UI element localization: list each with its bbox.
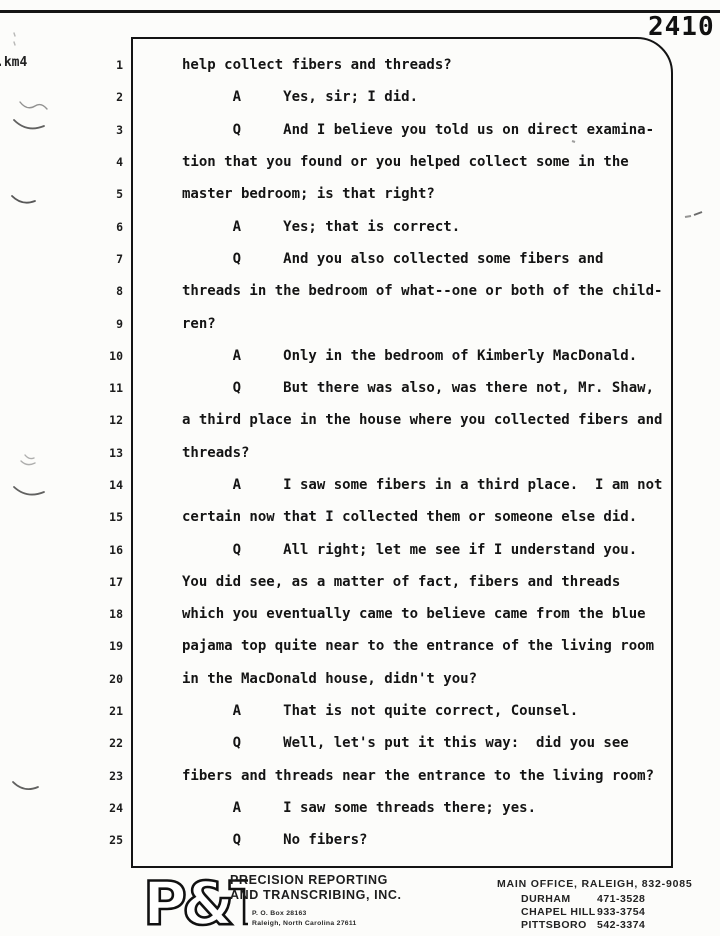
line-text: Q All right; let me see if I understand … bbox=[182, 542, 637, 558]
page-number: 2410 bbox=[648, 13, 715, 41]
transcript-line: 17You did see, as a matter of fact, fibe… bbox=[0, 566, 720, 598]
line-number: 11 bbox=[0, 381, 123, 395]
branch-office-list: DURHAM 471-3528 CHAPEL HILL 933-3754 PIT… bbox=[521, 893, 657, 932]
transcript-line: 22 Q Well, let's put it this way: did yo… bbox=[0, 727, 720, 759]
line-number: 10 bbox=[0, 349, 123, 363]
line-number: 19 bbox=[0, 639, 123, 653]
branch-office-row: DURHAM 471-3528 bbox=[521, 893, 657, 906]
line-text: certain now that I collected them or som… bbox=[182, 509, 637, 525]
transcript-page: .km4 2410 1help collect fibers and threa… bbox=[0, 0, 720, 936]
line-text: Q Well, let's put it this way: did you s… bbox=[182, 735, 629, 751]
line-number: 15 bbox=[0, 510, 123, 524]
address-line1: P. O. Box 28163 bbox=[252, 909, 357, 919]
transcript-line: 12a third place in the house where you c… bbox=[0, 404, 720, 436]
branch-office-row: CHAPEL HILL 933-3754 bbox=[521, 906, 657, 919]
line-number: 23 bbox=[0, 769, 123, 783]
line-number: 8 bbox=[0, 284, 123, 298]
line-text: Q But there was also, was there not, Mr.… bbox=[182, 380, 654, 396]
transcript-line: 24 A I saw some threads there; yes. bbox=[0, 792, 720, 824]
transcript-line: 25 Q No fibers? bbox=[0, 824, 720, 856]
line-text: help collect fibers and threads? bbox=[182, 57, 452, 73]
line-number: 12 bbox=[0, 413, 123, 427]
transcript-line: 3 Q And I believe you told us on direct … bbox=[0, 114, 720, 146]
transcript-line: 19pajama top quite near to the entrance … bbox=[0, 630, 720, 662]
transcript-line: 1help collect fibers and threads? bbox=[0, 49, 720, 81]
line-number: 24 bbox=[0, 801, 123, 815]
transcript-line: 15certain now that I collected them or s… bbox=[0, 501, 720, 533]
line-number: 5 bbox=[0, 187, 123, 201]
line-text: A That is not quite correct, Counsel. bbox=[182, 703, 578, 719]
line-number: 25 bbox=[0, 833, 123, 847]
branch-office-row: PITTSBORO 542-3374 bbox=[521, 919, 657, 932]
line-number: 22 bbox=[0, 736, 123, 750]
transcript-line: 7 Q And you also collected some fibers a… bbox=[0, 243, 720, 275]
line-text: in the MacDonald house, didn't you? bbox=[182, 671, 477, 687]
line-text: Q And I believe you told us on direct ex… bbox=[182, 122, 654, 138]
line-number: 6 bbox=[0, 220, 123, 234]
line-number: 18 bbox=[0, 607, 123, 621]
line-number: 2 bbox=[0, 90, 123, 104]
transcript-line: 4tion that you found or you helped colle… bbox=[0, 146, 720, 178]
line-number: 20 bbox=[0, 672, 123, 686]
line-text: Q And you also collected some fibers and bbox=[182, 251, 603, 267]
line-number: 16 bbox=[0, 543, 123, 557]
company-name-line1: PRECISION REPORTING bbox=[230, 873, 402, 888]
line-text: threads? bbox=[182, 445, 249, 461]
line-text: tion that you found or you helped collec… bbox=[182, 154, 629, 170]
transcript-line: 23fibers and threads near the entrance t… bbox=[0, 760, 720, 792]
line-text: You did see, as a matter of fact, fibers… bbox=[182, 574, 620, 590]
transcript-line: 21 A That is not quite correct, Counsel. bbox=[0, 695, 720, 727]
line-number: 4 bbox=[0, 155, 123, 169]
company-name: PRECISION REPORTING AND TRANSCRIBING, IN… bbox=[230, 873, 402, 903]
branch-office-name: DURHAM bbox=[521, 893, 597, 906]
address-line2: Raleigh, North Carolina 27611 bbox=[252, 919, 357, 929]
transcript-line: 9ren? bbox=[0, 307, 720, 339]
transcript-line: 13threads? bbox=[0, 437, 720, 469]
transcript-line: 16 Q All right; let me see if I understa… bbox=[0, 533, 720, 565]
line-text: Q No fibers? bbox=[182, 832, 367, 848]
line-text: ren? bbox=[182, 316, 216, 332]
line-text: which you eventually came to believe cam… bbox=[182, 606, 646, 622]
branch-office-name: CHAPEL HILL bbox=[521, 906, 597, 919]
branch-office-phone: 933-3754 bbox=[597, 906, 657, 919]
transcript-line: 11 Q But there was also, was there not, … bbox=[0, 372, 720, 404]
line-number: 1 bbox=[0, 58, 123, 72]
line-text: A I saw some fibers in a third place. I … bbox=[182, 477, 662, 493]
top-rule bbox=[0, 10, 720, 13]
line-number: 7 bbox=[0, 252, 123, 266]
reporter-footer: P&T. PRECISION REPORTING AND TRANSCRIBIN… bbox=[0, 868, 720, 936]
line-text: A Only in the bedroom of Kimberly MacDon… bbox=[182, 348, 637, 364]
line-number: 14 bbox=[0, 478, 123, 492]
line-text: pajama top quite near to the entrance of… bbox=[182, 638, 654, 654]
transcript-line: 2 A Yes, sir; I did. bbox=[0, 81, 720, 113]
transcript-line: 6 A Yes; that is correct. bbox=[0, 210, 720, 242]
transcript-line: 5master bedroom; is that right? bbox=[0, 178, 720, 210]
transcript-line: 18which you eventually came to believe c… bbox=[0, 598, 720, 630]
transcript-line: 14 A I saw some fibers in a third place.… bbox=[0, 469, 720, 501]
line-number: 13 bbox=[0, 446, 123, 460]
branch-office-phone: 471-3528 bbox=[597, 893, 657, 906]
line-number: 21 bbox=[0, 704, 123, 718]
line-text: fibers and threads near the entrance to … bbox=[182, 768, 654, 784]
line-text: master bedroom; is that right? bbox=[182, 186, 435, 202]
branch-office-phone: 542-3374 bbox=[597, 919, 657, 932]
line-text: A Yes, sir; I did. bbox=[182, 89, 418, 105]
transcript-line: 8threads in the bedroom of what--one or … bbox=[0, 275, 720, 307]
transcript-body: 1help collect fibers and threads? 2 A Ye… bbox=[0, 49, 720, 856]
line-text: A Yes; that is correct. bbox=[182, 219, 460, 235]
company-name-line2: AND TRANSCRIBING, INC. bbox=[230, 888, 402, 903]
line-number: 17 bbox=[0, 575, 123, 589]
line-text: threads in the bedroom of what--one or b… bbox=[182, 283, 662, 299]
transcript-line: 10 A Only in the bedroom of Kimberly Mac… bbox=[0, 340, 720, 372]
line-text: a third place in the house where you col… bbox=[182, 412, 662, 428]
line-text: A I saw some threads there; yes. bbox=[182, 800, 536, 816]
company-address: P. O. Box 28163 Raleigh, North Carolina … bbox=[252, 909, 357, 928]
transcript-line: 20in the MacDonald house, didn't you? bbox=[0, 663, 720, 695]
line-number: 9 bbox=[0, 317, 123, 331]
line-number: 3 bbox=[0, 123, 123, 137]
main-office-phone: MAIN OFFICE, RALEIGH, 832-9085 bbox=[497, 878, 693, 890]
branch-office-name: PITTSBORO bbox=[521, 919, 597, 932]
